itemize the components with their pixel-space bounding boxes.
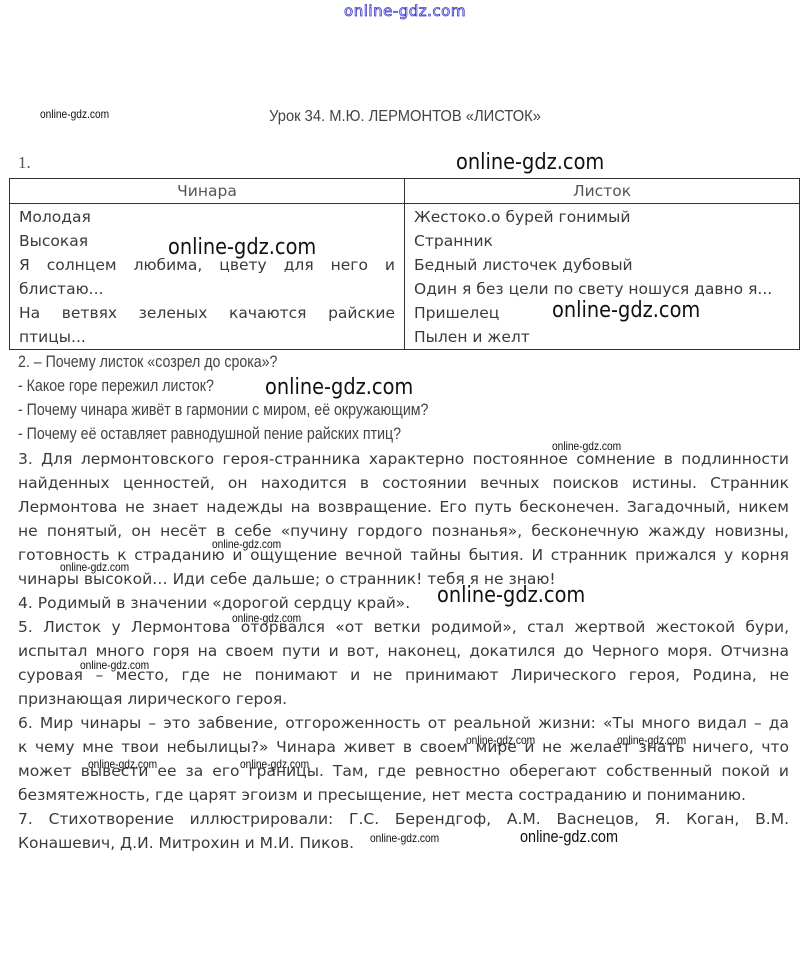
comparison-table: Чинара Листок Молодая Высокая Я солнцем … <box>9 178 800 350</box>
watermark: online-gdz.com <box>88 757 157 771</box>
list-item: Пылен и желт <box>414 325 790 349</box>
task-3-line: чинары высокой… Иди себе дальше; о стран… <box>18 567 789 591</box>
list-item: Я солнцем любима, цвету для него и блист… <box>19 253 395 301</box>
list-item: Молодая <box>19 205 395 229</box>
task-3-line: не понятый, он несёт в себе «пучину горд… <box>18 519 789 543</box>
list-item: Жестоко.о бурей гонимый <box>414 205 790 229</box>
listok-traits-cell: Жестоко.о бурей гонимый Странник Бедный … <box>405 204 800 350</box>
task-6-line: безмятежность, где царят эгоизм и пресыщ… <box>18 783 789 807</box>
watermark: online-gdz.com <box>437 583 585 608</box>
column-header-chinara: Чинара <box>10 179 405 204</box>
table-row: Молодая Высокая Я солнцем любима, цвету … <box>10 204 800 350</box>
list-item: Странник <box>414 229 790 253</box>
watermark: online-gdz.com <box>520 827 618 847</box>
watermark: online-gdz.com <box>232 611 301 625</box>
chinara-traits-cell: Молодая Высокая Я солнцем любима, цвету … <box>10 204 405 350</box>
task-5-line: признающая лирического героя. <box>18 687 789 711</box>
watermark: online-gdz.com <box>466 733 535 747</box>
watermark: online-gdz.com <box>552 298 700 323</box>
task-1-number: 1. <box>18 153 31 173</box>
site-header-logo[interactable]: online-gdz.com <box>0 2 810 20</box>
watermark: online-gdz.com <box>168 235 316 260</box>
watermark: online-gdz.com <box>456 150 604 175</box>
list-item: Бедный листочек дубовый <box>414 253 790 277</box>
task-3-line: готовность к страданию и ощущение вечной… <box>18 543 789 567</box>
page-title: Урок 34. М.Ю. ЛЕРМОНТОВ «ЛИСТОК» <box>32 108 777 126</box>
watermark: online-gdz.com <box>240 757 309 771</box>
watermark: online-gdz.com <box>80 658 149 672</box>
task-3-answer: 3. Для лермонтовского героя-странника ха… <box>18 447 789 591</box>
task-4-line: 4. Родимый в значении «дорогой сердцу кр… <box>18 591 789 615</box>
task-2-line: 2. – Почему листок «созрел до срока»? <box>18 350 428 374</box>
task-4-answer: 4. Родимый в значении «дорогой сердцу кр… <box>18 591 789 615</box>
task-3-line: 3. Для лермонтовского героя-странника ха… <box>18 447 789 471</box>
watermark: online-gdz.com <box>552 439 621 453</box>
task-2-line: - Почему чинара живёт в гармонии с миром… <box>18 398 428 422</box>
list-item: На ветвях зеленых качаются райские птицы… <box>19 301 395 349</box>
task-2-questions: 2. – Почему листок «созрел до срока»? - … <box>18 350 495 446</box>
task-6-line: 6. Мир чинары – это забвение, отгороженн… <box>18 711 789 735</box>
task-5-line: 5. Листок у Лермонтова оторвался «от вет… <box>18 615 789 639</box>
table-header-row: Чинара Листок <box>10 179 800 204</box>
watermark: online-gdz.com <box>370 831 439 845</box>
task-3-line: найденных ценностей, он находится в сост… <box>18 471 789 495</box>
watermark: online-gdz.com <box>265 375 413 400</box>
column-header-listok: Листок <box>405 179 800 204</box>
watermark: online-gdz.com <box>212 537 281 551</box>
watermark: online-gdz.com <box>60 560 129 574</box>
task-3-line: Лермонтова не знает надежды на возвращен… <box>18 495 789 519</box>
watermark: online-gdz.com <box>40 107 109 121</box>
task-7-line: 7. Стихотворение иллюстрировали: Г.С. Бе… <box>18 807 789 831</box>
watermark: online-gdz.com <box>617 733 686 747</box>
task-2-line: - Почему её оставляет равнодушной пение … <box>18 422 428 446</box>
